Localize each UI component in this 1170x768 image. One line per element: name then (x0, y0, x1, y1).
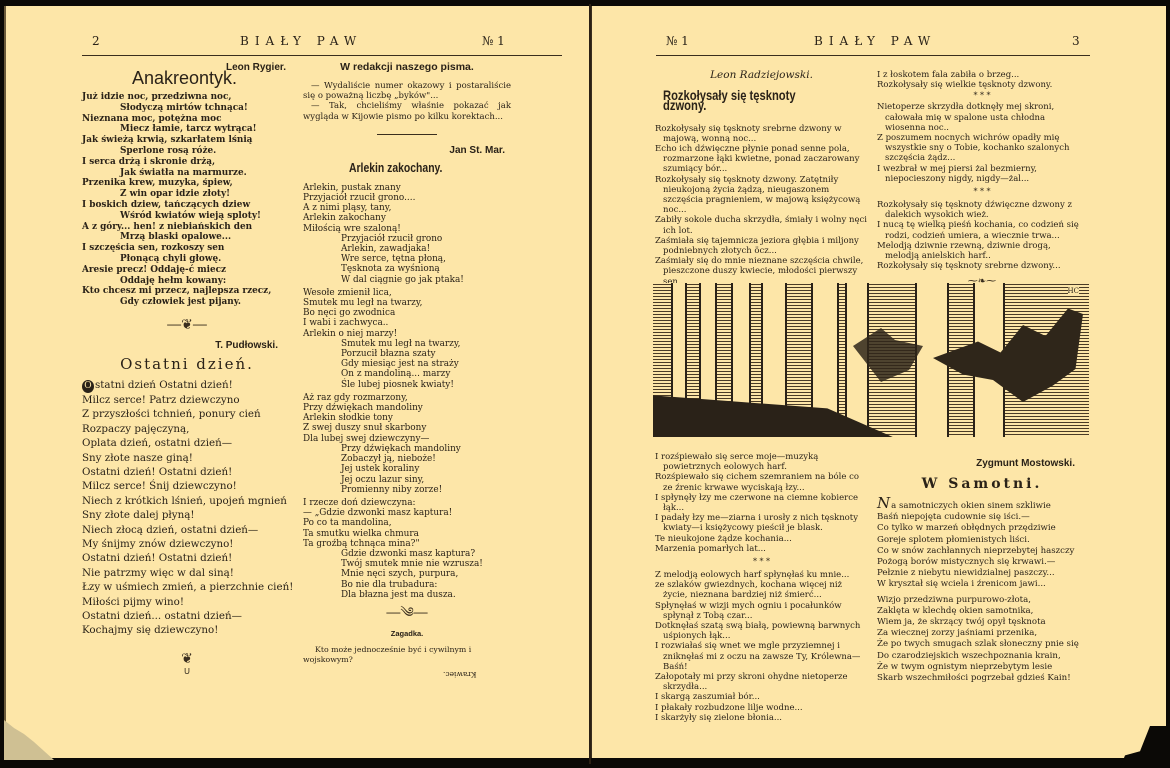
issue-number: № 1 (666, 34, 689, 48)
poem-title: W Samotni. (877, 479, 1087, 490)
right-column-2-top: I z łoskotem fala zabiła o brzeg...Rozko… (877, 70, 1087, 289)
right-column-1-bottom: I rozśpiewało się serce moje—muzyką powi… (655, 452, 868, 723)
poem-line: Nie patrzmy więc w dal siną! (82, 566, 292, 580)
prose-paragraph: Melodją dziwnie rzewną, dziwnie drogą, m… (877, 241, 1087, 261)
poem-line: Jak świeżą krwią, szkarłatem lśnią (82, 135, 292, 146)
poem-line: Smutek mu legł na twarzy, (303, 339, 511, 349)
prose-paragraph: Zaśmiała się tajemnicza jeziora głębia i… (655, 236, 868, 256)
ornament-divider: ❦ (82, 652, 292, 666)
poem-w-samotni: Na samotniczych okien sinem szkliwie Baś… (877, 498, 1087, 684)
poem-line: Promienny niby zorze! (303, 485, 511, 495)
left-page-header: 2 BIAŁY PAW № 1 (82, 34, 562, 52)
poem-line: I serca drżą i skronie drżą, (82, 157, 292, 168)
right-page-header: № 1 BIAŁY PAW 3 (656, 34, 1090, 52)
poem-line: Sny złote dalej płyną! (82, 508, 292, 522)
issue-number: № 1 (482, 34, 505, 48)
poem-line: Tęsknota za wyśnioną (303, 264, 511, 274)
poem-line: Nieznana moc, potężna moc (82, 114, 292, 125)
poem-line: Twój smutek mnie nie wzrusza! (303, 559, 511, 569)
poem-line: Mrzą blaski opalowe... (82, 232, 292, 243)
poem-line: Milcz serce! Śnij dziewczyno! (82, 479, 292, 493)
poem-line: Ostatni dzień! Ostatni dzień! (82, 465, 292, 479)
redakcja-paragraph: — Wydaliście numer okazowy i postaraliśc… (303, 81, 511, 101)
poem-line: Wesołe zmienił lica, (303, 288, 511, 298)
footer-mark: U (82, 666, 292, 677)
poem-line: Przyjaciół rzucił grono.... (303, 193, 511, 203)
poem-line: Porzucił błazna szaty (303, 349, 511, 359)
poem-line: Arlekin, pustak znany (303, 183, 511, 193)
poem-line: Pełznie z niebytu niewidzialnej paszczy.… (877, 568, 1087, 579)
prose-paragraph: Marzenia pomarłych lat... (655, 544, 868, 554)
journal-title: BIAŁY PAW (814, 34, 936, 48)
poem-line: Po co ta mandolina, (303, 518, 511, 528)
prose-paragraph: Rozkołysały się wielkie tęsknoty dzwony. (877, 80, 1087, 90)
drop-cap: O (82, 380, 94, 393)
poem-line: I boskich dziew, tańczących dziew (82, 200, 292, 211)
poem-line: A z nimi pląsy, tany, (303, 203, 511, 213)
poem-title: Arlekin zakochany. (349, 162, 442, 173)
poem-anakreontyk: Już idzie noc, przedziwna noc,Słodyczą m… (82, 92, 292, 308)
prose-paragraph: I nucą tę wielką pieśń kochania, co codz… (877, 220, 1087, 240)
prose-paragraph: Zabiły sokole ducha skrzydła, śmiały i w… (655, 215, 868, 235)
poem-line: Śle lubej piosnek kwiaty! (303, 380, 511, 390)
author-name: Zygmunt Mostowski. (877, 458, 1087, 469)
poem-line: Miecz łamie, tarcz wytrąca! (82, 124, 292, 135)
poem-line: — „Gdzie dzwonki masz kaptura! (303, 508, 511, 518)
poem-line: I wabi i zachwyca.. (303, 318, 511, 328)
poem-line: Płonącą chyli głowę. (82, 254, 292, 265)
prose-paragraph: Załopotały mi przy skroni ohydne nietope… (655, 672, 868, 692)
prose-paragraph: Nietoperze skrzydła dotknęły mej skroni,… (877, 102, 1087, 133)
book-spine (589, 4, 591, 764)
right-column-2-bottom: Zygmunt Mostowski. W Samotni. Na samotni… (877, 458, 1087, 684)
section-title: W redakcji naszego pisma. (303, 62, 511, 73)
prose-paragraph: Echo ich dźwięczne płynie ponad senne po… (655, 144, 868, 175)
prose-paragraph: I rozśpiewało się serce moje—muzyką powi… (655, 452, 868, 472)
poem-line: Co tylko w marzeń obłędnych przędziwie (877, 523, 1087, 534)
poem-line: Kochajmy się dziewczyno! (82, 623, 292, 637)
poem-line: Ostatni dzień... ostatni dzień— (82, 609, 292, 623)
page-number: 3 (1072, 34, 1080, 48)
prose-paragraph: I padały łzy me—ziarna i urosły z nich t… (655, 513, 868, 533)
woodcut-illustration: HC (653, 283, 1089, 437)
poem-line: Jej oczu lazur siny, (303, 475, 511, 485)
prose-paragraph: Rozkołysały się tęsknoty srebrne dzwony.… (877, 261, 1087, 271)
poem-line: Przyjaciół rzucił grono (303, 234, 511, 244)
poem-line: Arlekin słodkie tony (303, 413, 511, 423)
poem-line: Mnie nęci szych, purpura, (303, 569, 511, 579)
prose-paragraph: Rozkołysały się tęsknoty dzwony. Zatętni… (655, 175, 868, 216)
poem-ostatni-dzien: Ostatni dzień Ostatni dzień! Milcz serce… (82, 378, 292, 638)
monogram: HC (1068, 287, 1079, 295)
poem-line: Milcz serce! Patrz dziewczyno (82, 393, 292, 407)
poem-line: Goreje splotem płomienistych liści. (877, 535, 1087, 546)
prose-paragraph: Rozkołysały się tęsknoty dźwięczne dzwon… (877, 200, 1087, 220)
poem-line: Aż raz gdy rozmarzony, (303, 393, 511, 403)
poem-line: Wiem ja, że skrzący twój opył tęsknota (877, 617, 1087, 628)
poem-line: Skarb wszechmiłości pogrzebał gdzieś Kai… (877, 673, 1087, 684)
poem-line: My śnijmy znów dziewczyno! (82, 537, 292, 551)
prose-paragraph: I wezbrał w mej piersi żal bezmierny, ni… (877, 164, 1087, 184)
poem-line: Kto chcesz mi przecz, najlepsza rzecz, (82, 286, 292, 297)
poem-line: Ta smutku wielka chmura (303, 529, 511, 539)
prose-paragraph: Spłynęłaś w wizji mych ogniu i pocałunkó… (655, 601, 868, 621)
poem-line: Dla błazna jest ma dusza. (303, 590, 511, 600)
header-rule (82, 55, 562, 56)
page-number: 2 (92, 34, 100, 48)
poem-line: Gdy człowiek jest pijany. (82, 297, 292, 308)
poem-line: Że po twych smugach szlak słoneczny pnie… (877, 639, 1087, 650)
poem-line: Arlekin, zawadjaka! (303, 244, 511, 254)
poem-line: Bo nie dla trubadura: (303, 580, 511, 590)
ornament-divider: ―❦― (82, 318, 292, 332)
poem-line: Aresie precz! Oddaję-ć miecz (82, 265, 292, 276)
zagadka-answer: Krawiec. (443, 669, 503, 680)
poem-line: Do czarodziejskich wszechpoznania krain, (877, 651, 1087, 662)
poem-line: Ta groźbą tchnąca mina?" (303, 539, 511, 549)
prose-paragraph: Dotknęłaś szatą swą białą, powiewną barw… (655, 621, 868, 641)
poem-line: Sperlone rosą róże. (82, 146, 292, 157)
poem-line: On z mandoliną... marzy (303, 369, 511, 379)
prose-paragraph: Te nieukojone żądze kochania... (655, 534, 868, 544)
poem-line: Jej ustek koraliny (303, 464, 511, 474)
poem-line: Wśród kwiatów wieją sploty! (82, 211, 292, 222)
poem-line: I rzecze doń dziewczyna: (303, 498, 511, 508)
poem-line: Co w snów zachłannych nieprzebytej haszc… (877, 546, 1087, 557)
poem-line: A z góry... hen! z niebiańskich den (82, 222, 292, 233)
author-name: T. Pudłowski. (82, 340, 292, 351)
poem-title: Rozkołysały się tęsknoty dzwony. (663, 90, 827, 110)
poem-line: Wizjo przedziwna purpurowo-złota, (877, 595, 1087, 606)
author-name: Jan St. Mar. (303, 145, 511, 156)
poem-line: Miłością wre szaloną! (303, 224, 511, 234)
right-column-1-top: Leon Radziejowski. Rozkołysały się tęskn… (655, 70, 868, 297)
poem-line: Wre serce, tętna płoną, (303, 254, 511, 264)
author-name: Leon Radziejowski. (655, 70, 868, 80)
journal-title: BIAŁY PAW (240, 34, 362, 48)
poem-line: Oddaję hełm kowany: (82, 276, 292, 287)
left-column-1: Leon Rygier. Anakreontyk. Już idzie noc,… (82, 62, 292, 677)
poem-line: Już idzie noc, przedziwna noc, (82, 92, 292, 103)
prose-paragraph: Rozśpiewało się cichem szemraniem na ból… (655, 472, 868, 492)
poem-line: Miłości pijmy wino! (82, 595, 292, 609)
poem-line: Łzy w uśmiech zmień, a pierzchnie cień! (82, 580, 292, 594)
header-rule (656, 55, 1090, 56)
section-stars: * * * (877, 188, 1087, 196)
prose-paragraph: Z poszumem nocnych wichrów opadły mię ws… (877, 133, 1087, 164)
poem-line: Słodyczą mirtów tchnąca! (82, 103, 292, 114)
poem-line: Zobaczył ją, nieboże! (303, 454, 511, 464)
poem-title: Anakreontyk. (82, 73, 292, 84)
drop-cap: N (877, 494, 890, 512)
poem-line: W dal ciągnie go jak ptaka! (303, 275, 511, 285)
section-rule (377, 134, 437, 135)
poem-line: Gdy miesiąc jest na straży (303, 359, 511, 369)
poem-line: Że w twym ognistym nieprzebytym lesie (877, 662, 1087, 673)
poem-line: Bo nęci go zwodnica (303, 308, 511, 318)
prose-paragraph: I skargą zaszumiał bór... (655, 692, 868, 702)
poem-line: Pożogą borów mistycznych się krwawi.— (877, 557, 1087, 568)
poem-line: Gdzie dzwonki masz kaptura? (303, 549, 511, 559)
poem-line: Ostatni dzień! Ostatni dzień! (82, 551, 292, 565)
poem-line: Z win opar idzie złoty! (82, 189, 292, 200)
prose-paragraph: I skarżyły się zielone błonia... (655, 713, 868, 723)
section-stars: * * * (655, 558, 868, 566)
prose-paragraph: I rozwiałaś się wnet we mgle przyziemnej… (655, 641, 868, 672)
poem-line: Niech złocą dzień, ostatni dzień— (82, 523, 292, 537)
poem-line: Jak światła na marmurze. (82, 168, 292, 179)
poem-line: Za wiecznej zorzy jaśniami przenika, (877, 628, 1087, 639)
prose-paragraph: Z melodją eolowych harf spłynęłaś ku mni… (655, 570, 868, 580)
redakcja-paragraph: — Tak, chcieliśmy właśnie pokazać jak wy… (303, 101, 511, 121)
poem-line: Smutek mu legł na twarzy, (303, 298, 511, 308)
poem-line: Baśń niepojęta cudownie się iści.— (877, 512, 1087, 523)
poem-line: W kryształ się wciela i źrenicom jawi... (877, 579, 1087, 590)
prose-paragraph: ze szlaków gwiezdnych, kochana więcej ni… (655, 580, 868, 600)
poem-line: I szczęścia sen, rozkoszy sen (82, 243, 292, 254)
poem-line: Oplata dzień, ostatni dzień— (82, 436, 292, 450)
left-column-2: W redakcji naszego pisma. — Wydaliście n… (303, 62, 511, 680)
zagadka-question: Kto może jednocześnie być i cywilnym i w… (303, 645, 511, 665)
prose-paragraph: I z łoskotem fala zabiła o brzeg... (877, 70, 1087, 80)
prose-paragraph: I spłynęły łzy me czerwone na ciemne kob… (655, 493, 868, 513)
poem-line: Rozpaczy pajęczyną, (82, 422, 292, 436)
prose-paragraph: Rozkołysały się tęsknoty srebrne dzwony … (655, 124, 868, 144)
poem-line: Z przyszłości tchnień, ponury cień (82, 407, 292, 421)
poem-title: Ostatni dzień. (82, 359, 292, 370)
section-stars: * * * (877, 92, 1087, 100)
poem-line: Z swej duszy snuł skarbony (303, 423, 511, 433)
poem-line: Przy dźwiękach mandoliny (303, 403, 511, 413)
ornament-divider: ―༄― (303, 606, 511, 620)
poem-arlekin: Arlekin, pustak znanyPrzyjaciół rzucił g… (303, 183, 511, 600)
poem-line: Arlekin o niej marzy! (303, 329, 511, 339)
poem-line: Zaklęta w klechdę okien samotnika, (877, 606, 1087, 617)
prose-paragraph: I płakały rozbudzone lilje wodne... (655, 703, 868, 713)
poem-line: Przenika krew, muzyka, śpiew, (82, 178, 292, 189)
bat-silhouette (933, 303, 1083, 413)
poem-line: Niech z krótkich lśnień, upojeń mgnień (82, 494, 292, 508)
zagadka-title: Zagadka. (303, 628, 511, 639)
poem-line: Dla lubej swej dziewczyny— (303, 434, 511, 444)
poem-line: Przy dźwiękach mandoliny (303, 444, 511, 454)
poem-line: Arlekin zakochany (303, 213, 511, 223)
poem-line: Sny złote nasze giną! (82, 451, 292, 465)
